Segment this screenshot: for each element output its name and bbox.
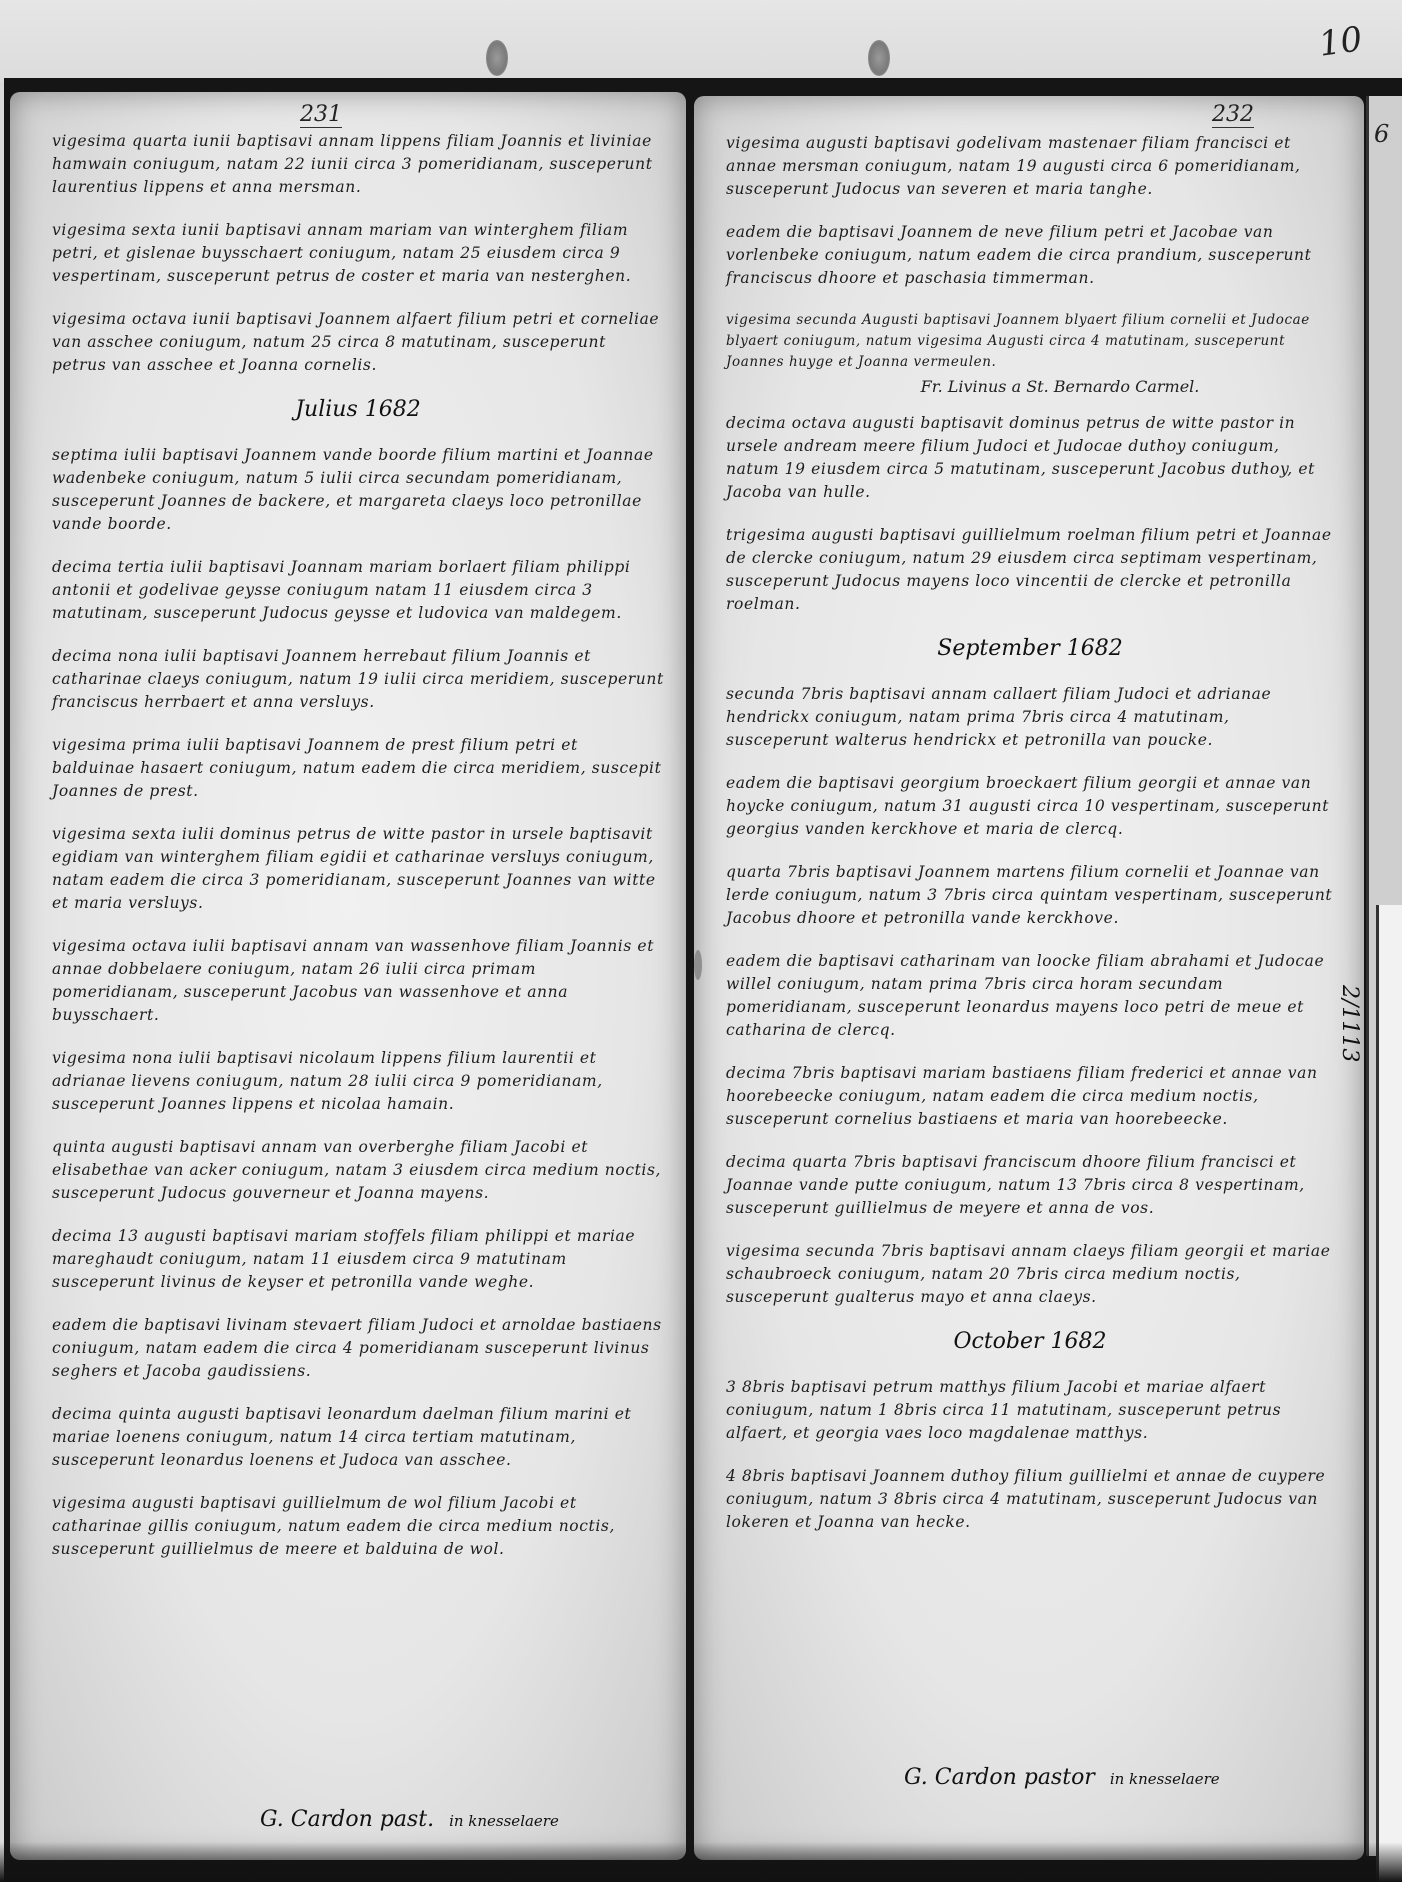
punch-hole-right (868, 40, 890, 76)
page-number: 231 (300, 102, 342, 128)
archive-label-strip (1376, 905, 1402, 1882)
scan-shadow (0, 1842, 1402, 1882)
margin-page-number: 6 (1374, 120, 1389, 148)
baptism-entry: vigesima sexta iunii baptisavi annam mar… (52, 219, 664, 288)
baptism-entries: vigesima augusti baptisavi godelivam mas… (726, 132, 1334, 1554)
baptism-entry: vigesima augusti baptisavi guillielmum d… (52, 1492, 664, 1561)
baptism-entry: eadem die baptisavi livinam stevaert fil… (52, 1314, 664, 1383)
page-number: 232 (1212, 102, 1254, 128)
signature-name: G. Cardon past. (260, 1807, 434, 1832)
baptism-entry: vigesima augusti baptisavi godelivam mas… (726, 132, 1334, 201)
baptism-entry: decima nona iulii baptisavi Joannem herr… (52, 645, 664, 714)
baptism-entry: quinta augusti baptisavi annam van overb… (52, 1136, 664, 1205)
month-heading-september: September 1682 (726, 636, 1334, 661)
signature-name: G. Cardon pastor (904, 1765, 1095, 1790)
month-heading-july: Julius 1682 (52, 397, 664, 422)
baptism-entry-inserted: vigesima secunda Augusti baptisavi Joann… (726, 310, 1334, 373)
pastor-signature: G. Cardon past. in knesselaere (260, 1807, 559, 1832)
baptism-entry: 4 8bris baptisavi Joannem duthoy filium … (726, 1465, 1334, 1534)
baptism-entries: vigesima quarta iunii baptisavi annam li… (52, 130, 664, 1581)
baptism-entry: eadem die baptisavi georgium broeckaert … (726, 772, 1334, 841)
pastor-signature: G. Cardon pastor in knesselaere (904, 1765, 1220, 1790)
baptism-entry: decima tertia iulii baptisavi Joannam ma… (52, 556, 664, 625)
baptism-entry: vigesima octava iulii baptisavi annam va… (52, 935, 664, 1027)
folio-number: 10 (1316, 19, 1364, 65)
left-page: 231 vigesima quarta iunii baptisavi anna… (10, 92, 686, 1860)
inserted-note: Fr. Livinus a St. Bernardo Carmel. (786, 377, 1334, 396)
baptism-entry: septima iulii baptisavi Joannem vande bo… (52, 444, 664, 536)
baptism-entry: vigesima octava iunii baptisavi Joannem … (52, 308, 664, 377)
month-heading-october: October 1682 (726, 1329, 1334, 1354)
signature-place: in knesselaere (449, 1812, 559, 1830)
baptism-entry: vigesima nona iulii baptisavi nicolaum l… (52, 1047, 664, 1116)
baptism-entry: vigesima prima iulii baptisavi Joannem d… (52, 734, 664, 803)
punch-hole-left (486, 40, 508, 76)
baptism-entry: decima octava augusti baptisavit dominus… (726, 412, 1334, 504)
baptism-entry: trigesima augusti baptisavi guillielmum … (726, 524, 1334, 616)
baptism-entry: quarta 7bris baptisavi Joannem martens f… (726, 861, 1334, 930)
signature-place: in knesselaere (1110, 1770, 1220, 1788)
baptism-entry: 3 8bris baptisavi petrum matthys filium … (726, 1376, 1334, 1445)
baptism-entry: secunda 7bris baptisavi annam callaert f… (726, 683, 1334, 752)
archive-reference: 2/1113 (1337, 985, 1362, 1062)
binding-mark (694, 950, 702, 980)
right-page: 232 vigesima augusti baptisavi godelivam… (694, 96, 1364, 1860)
baptism-entry: vigesima secunda 7bris baptisavi annam c… (726, 1240, 1334, 1309)
baptism-entry: decima quarta 7bris baptisavi franciscum… (726, 1151, 1334, 1220)
baptism-entry: decima 13 augusti baptisavi mariam stoff… (52, 1225, 664, 1294)
scanner-background: 10 (0, 0, 1402, 82)
baptism-entry: eadem die baptisavi catharinam van loock… (726, 950, 1334, 1042)
baptism-entry: decima 7bris baptisavi mariam bastiaens … (726, 1062, 1334, 1131)
baptism-entry: decima quinta augusti baptisavi leonardu… (52, 1403, 664, 1472)
baptism-entry: vigesima sexta iulii dominus petrus de w… (52, 823, 664, 915)
baptism-entry: eadem die baptisavi Joannem de neve fili… (726, 221, 1334, 290)
baptism-entry: vigesima quarta iunii baptisavi annam li… (52, 130, 664, 199)
